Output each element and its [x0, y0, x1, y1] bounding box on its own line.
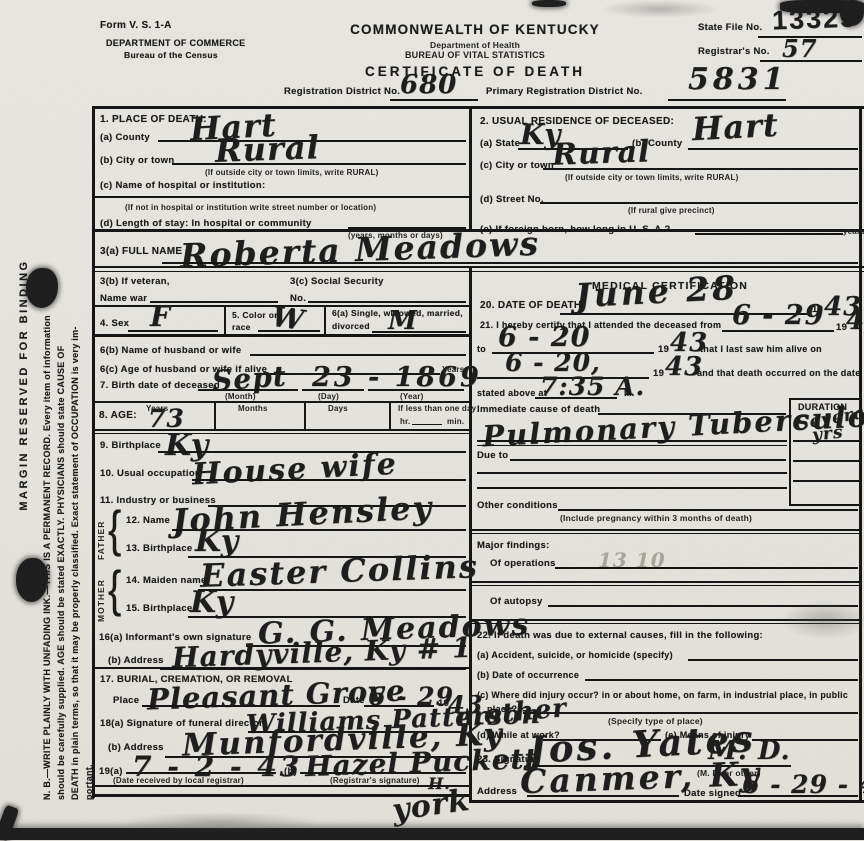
- street-no-note: (If rural give precinct): [628, 206, 715, 215]
- row-border: [92, 429, 470, 431]
- rule-line: [793, 460, 861, 462]
- form-border: [859, 106, 862, 802]
- registrar-signature-note: (Registrar's signature): [330, 776, 420, 785]
- birth-year-sub: (Year): [400, 392, 423, 401]
- margin-nb-line3: DEATH in plain terms, so that it may be …: [70, 82, 80, 800]
- rule-line: [258, 330, 320, 332]
- social-security-label: 3(c) Social Security: [290, 276, 384, 287]
- due-to-label: Due to: [477, 450, 508, 461]
- rule-line: [192, 479, 466, 481]
- hospital-label: (c) Name of hospital or institution:: [100, 180, 265, 191]
- certify-line3-rest: and that death occurred on the date: [697, 368, 861, 378]
- residence-county-value: Hart: [691, 106, 779, 148]
- header-bureau-vital: BUREAU OF VITAL STATISTICS: [320, 50, 630, 60]
- margin-nb-line1: N. B.—WRITE PLAINLY WITH UNFADING INK.—T…: [42, 58, 52, 800]
- of-operations-label: Of operations: [490, 558, 556, 569]
- father-birthplace-value: Ky: [195, 524, 239, 559]
- father-birthplace-label: 13. Birthplace: [126, 543, 193, 554]
- occupation-value: House wife: [191, 447, 398, 493]
- to-label: to: [477, 344, 486, 354]
- rule-line: [688, 659, 858, 661]
- residence-title: 2. USUAL RESIDENCE OF DECEASED:: [480, 116, 674, 127]
- row-border: [470, 529, 862, 531]
- age-days-label: Days: [328, 404, 348, 413]
- registration-district-label: Registration District No.: [284, 86, 400, 97]
- rule-line: [535, 397, 617, 399]
- scan-smudge: [600, 0, 720, 18]
- rule-line: [793, 480, 861, 482]
- county-label: (a) County: [100, 132, 150, 143]
- mother-maiden-value: Easter Collins: [199, 547, 479, 595]
- accident-label: (a) Accident, suicide, or homicide (spec…: [477, 650, 673, 660]
- scan-smudge: [532, 0, 566, 7]
- other-conditions-label: Other conditions: [477, 500, 558, 511]
- informant-address-label: (b) Address: [108, 655, 164, 666]
- age-hr-label: hr.: [400, 417, 410, 426]
- rule-line: [390, 99, 478, 101]
- rule-line: [308, 301, 466, 303]
- rule-line: [527, 795, 679, 797]
- city-town-note: (If outside city or town limits, write R…: [205, 168, 378, 177]
- duration-box-border: [789, 398, 862, 400]
- bottom-scribble: york: [390, 783, 472, 829]
- age-min-label: min.: [447, 417, 464, 426]
- external-causes-title: 22. If death was due to external causes,…: [477, 630, 763, 641]
- residence-city-note: (If outside city or town limits, write R…: [565, 173, 738, 182]
- hospital-note: (If not in hospital or institution write…: [125, 203, 376, 212]
- father-name-label: 12. Name: [126, 515, 170, 526]
- header-department: DEPARTMENT OF COMMERCE: [106, 38, 245, 48]
- marital-label2: divorced: [332, 321, 370, 331]
- veteran-name-war-label: Name war: [100, 293, 147, 304]
- rule-line: [523, 712, 858, 714]
- of-autopsy-label: Of autopsy: [490, 596, 543, 607]
- husband-wife-label: 6(b) Name of husband or wife: [100, 345, 241, 356]
- attended-from-year: 43: [846, 306, 864, 336]
- rule-line: [128, 330, 218, 332]
- primary-district-value: 5831: [688, 62, 788, 97]
- rule-line: [695, 233, 843, 235]
- rule-line: [142, 705, 340, 707]
- rule-line: [722, 330, 834, 332]
- row-border: [470, 581, 862, 583]
- registrar-date-note: (Date received by local registrar): [113, 776, 244, 785]
- header-commonwealth: COMMONWEALTH OF KENTUCKY: [320, 22, 630, 37]
- state-file-label: State File No.: [698, 22, 762, 33]
- row-border: [92, 401, 470, 403]
- birth-day-sub: (Day): [318, 392, 339, 401]
- duration-box-border: [789, 504, 862, 506]
- rule-line: [372, 331, 466, 333]
- scan-smudge: [120, 812, 320, 832]
- rule-line: [126, 772, 276, 774]
- cell-divider: [214, 401, 216, 430]
- father-bracket: {: [108, 502, 122, 558]
- physician-address-label: Address: [477, 786, 517, 797]
- rule-line: [510, 459, 786, 461]
- major-findings-label: Major findings:: [477, 540, 550, 551]
- registrar-no-value: 57: [782, 34, 817, 63]
- row-border: [92, 667, 470, 669]
- age-label: 8. AGE:: [99, 410, 137, 421]
- rule-line: [477, 445, 787, 446]
- date-signed-label: Date signed: [684, 788, 741, 799]
- rule-line: [412, 424, 442, 425]
- burial-place-label: Place: [113, 695, 139, 706]
- form-border: [92, 106, 95, 798]
- mother-side-label: MOTHER: [96, 579, 106, 622]
- rule-line: [558, 509, 858, 511]
- registration-district-value: 680: [400, 70, 457, 100]
- date-of-death-value: June 28: [574, 268, 739, 315]
- registrar-b-label: (b): [284, 766, 297, 777]
- row-border: [92, 433, 470, 434]
- occurrence-date-label: (b) Date of occurrence: [477, 670, 579, 680]
- rule-line: [585, 679, 858, 681]
- street-no-label: (d) Street No.: [480, 194, 544, 205]
- rule-line: [738, 795, 858, 797]
- burial-date-label: Date: [343, 695, 365, 706]
- date-of-death-label: 20. DATE OF DEATH: [480, 300, 581, 311]
- rule-line: [543, 168, 858, 170]
- form-number: Form V. S. 1-A: [100, 20, 172, 31]
- attended-from-value: 6 - 29: [732, 300, 824, 331]
- veteran-label: 3(b) If veteran,: [100, 276, 170, 287]
- rule-line: [198, 589, 466, 591]
- certificate-title: CERTIFICATE OF DEATH: [320, 64, 630, 79]
- rule-line: [162, 262, 858, 264]
- scan-smudge: [780, 600, 864, 640]
- row-border: [470, 585, 862, 586]
- length-of-stay-label: (d) Length of stay: In hospital or commu…: [100, 218, 312, 229]
- other-conditions-note: (Include pregnancy within 3 months of de…: [560, 513, 752, 523]
- ink-blot: [26, 268, 58, 308]
- sex-label: 4. Sex: [100, 318, 129, 329]
- header-bureau: Bureau of the Census: [124, 50, 218, 60]
- cell-divider: [324, 305, 326, 334]
- full-name-label: 3(a) FULL NAME: [100, 246, 182, 257]
- color-race-label2: race: [232, 322, 251, 332]
- age-months-label: Months: [238, 404, 268, 413]
- primary-district-label: Primary Registration District No.: [486, 86, 643, 97]
- row-border: [92, 334, 470, 337]
- certify-line2-rest: that I last saw him alive on: [700, 344, 822, 354]
- death-certificate-scan: MARGIN RESERVED FOR BINDING N. B.—WRITE …: [0, 0, 864, 840]
- row-border: [92, 785, 470, 787]
- birth-month-sub: (Month): [225, 392, 256, 401]
- cell-divider: [304, 401, 306, 430]
- rule-line: [250, 354, 466, 356]
- cell-divider: [224, 305, 226, 334]
- registrar-no-label: Registrar's No.: [698, 46, 770, 57]
- row-border: [470, 533, 862, 534]
- father-side-label: FATHER: [96, 521, 106, 560]
- age-less-than-label: If less than one day: [398, 404, 476, 413]
- duration-box-border: [789, 398, 791, 506]
- sex-value: F: [150, 300, 171, 333]
- rule-line: [668, 99, 786, 101]
- foreign-born-suffix: years: [843, 227, 864, 236]
- header-dept-health: Department of Health: [320, 40, 630, 50]
- birthplace-label: 9. Birthplace: [100, 440, 161, 451]
- row-border: [92, 196, 470, 198]
- rule-line: [555, 567, 858, 569]
- column-divider: [469, 106, 472, 232]
- rule-line: [477, 472, 787, 474]
- rule-line: [688, 148, 858, 150]
- duration-value-line2: yrs: [811, 422, 844, 445]
- rule-line: [793, 440, 861, 442]
- residence-state-label: (a) State: [480, 138, 520, 149]
- rule-line: [477, 487, 787, 489]
- city-town-label: (b) City or town: [100, 155, 174, 166]
- scan-smudge: [840, 0, 864, 26]
- mother-birthplace-label: 15. Birthplace: [126, 603, 193, 614]
- alive-year-printed: 19: [653, 368, 664, 379]
- mother-birthplace-value: Ky: [190, 585, 234, 620]
- residence-city-value: Rural: [551, 134, 651, 172]
- rule-line: [368, 389, 464, 391]
- time-meridiem-printed: M.: [624, 388, 635, 398]
- rule-line: [302, 389, 364, 391]
- rule-line: [172, 163, 466, 165]
- cell-divider: [389, 401, 391, 430]
- rule-line: [477, 440, 787, 442]
- mother-bracket: {: [108, 562, 122, 618]
- occupation-label: 10. Usual occupation: [100, 468, 201, 479]
- margin-nb-line2: should be carefully supplied. AGE should…: [56, 100, 66, 800]
- rule-line: [540, 202, 858, 204]
- rule-line: [198, 389, 298, 391]
